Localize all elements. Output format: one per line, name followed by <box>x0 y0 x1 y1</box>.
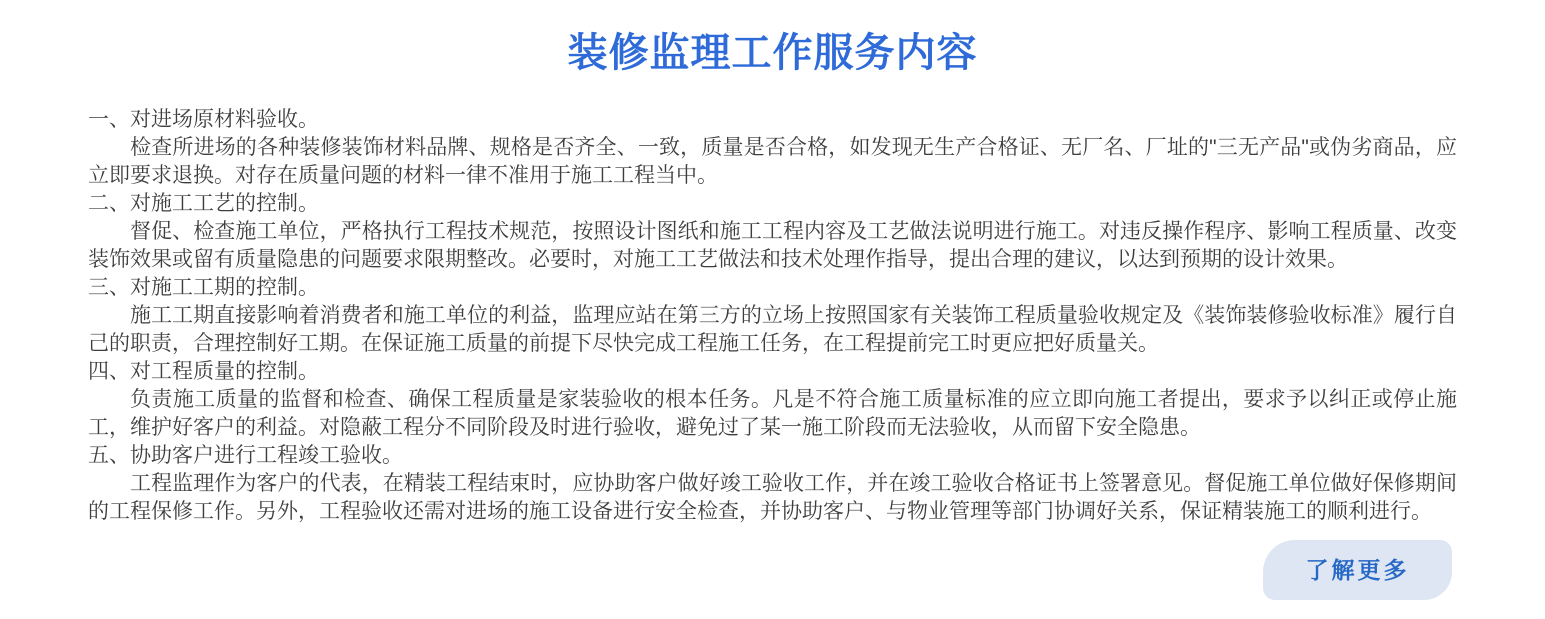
content-body: 一、对进场原材料验收。 检查所进场的各种装修装饰材料品牌、规格是否齐全、一致，质… <box>88 106 1457 526</box>
section-heading: 五、协助客户进行工程竣工验收。 <box>88 442 1457 470</box>
section-paragraph: 检查所进场的各种装修装饰材料品牌、规格是否齐全、一致，质量是否合格，如发现无生产… <box>88 134 1457 190</box>
section-heading: 二、对施工工艺的控制。 <box>88 190 1457 218</box>
section-paragraph: 负责施工质量的监督和检查、确保工程质量是家装验收的根本任务。凡是不符合施工质量标… <box>88 386 1457 442</box>
learn-more-button[interactable]: 了解更多 <box>1263 540 1452 600</box>
section-completion-acceptance: 五、协助客户进行工程竣工验收。 工程监理作为客户的代表，在精装工程结束时，应协助… <box>88 442 1457 526</box>
section-heading: 四、对工程质量的控制。 <box>88 358 1457 386</box>
section-paragraph: 施工工期直接影响着消费者和施工单位的利益，监理应站在第三方的立场上按照国家有关装… <box>88 302 1457 358</box>
section-process-control: 二、对施工工艺的控制。 督促、检查施工单位，严格执行工程技术规范，按照设计图纸和… <box>88 190 1457 274</box>
service-content-page: 装修监理工作服务内容 一、对进场原材料验收。 检查所进场的各种装修装饰材料品牌、… <box>0 0 1545 619</box>
page-title: 装修监理工作服务内容 <box>0 0 1545 76</box>
section-heading: 一、对进场原材料验收。 <box>88 106 1457 134</box>
section-quality-control: 四、对工程质量的控制。 负责施工质量的监督和检查、确保工程质量是家装验收的根本任… <box>88 358 1457 442</box>
section-material-acceptance: 一、对进场原材料验收。 检查所进场的各种装修装饰材料品牌、规格是否齐全、一致，质… <box>88 106 1457 190</box>
section-paragraph: 工程监理作为客户的代表，在精装工程结束时，应协助客户做好竣工验收工作，并在竣工验… <box>88 470 1457 526</box>
section-heading: 三、对施工工期的控制。 <box>88 274 1457 302</box>
section-paragraph: 督促、检查施工单位，严格执行工程技术规范，按照设计图纸和施工工程内容及工艺做法说… <box>88 218 1457 274</box>
section-schedule-control: 三、对施工工期的控制。 施工工期直接影响着消费者和施工单位的利益，监理应站在第三… <box>88 274 1457 358</box>
